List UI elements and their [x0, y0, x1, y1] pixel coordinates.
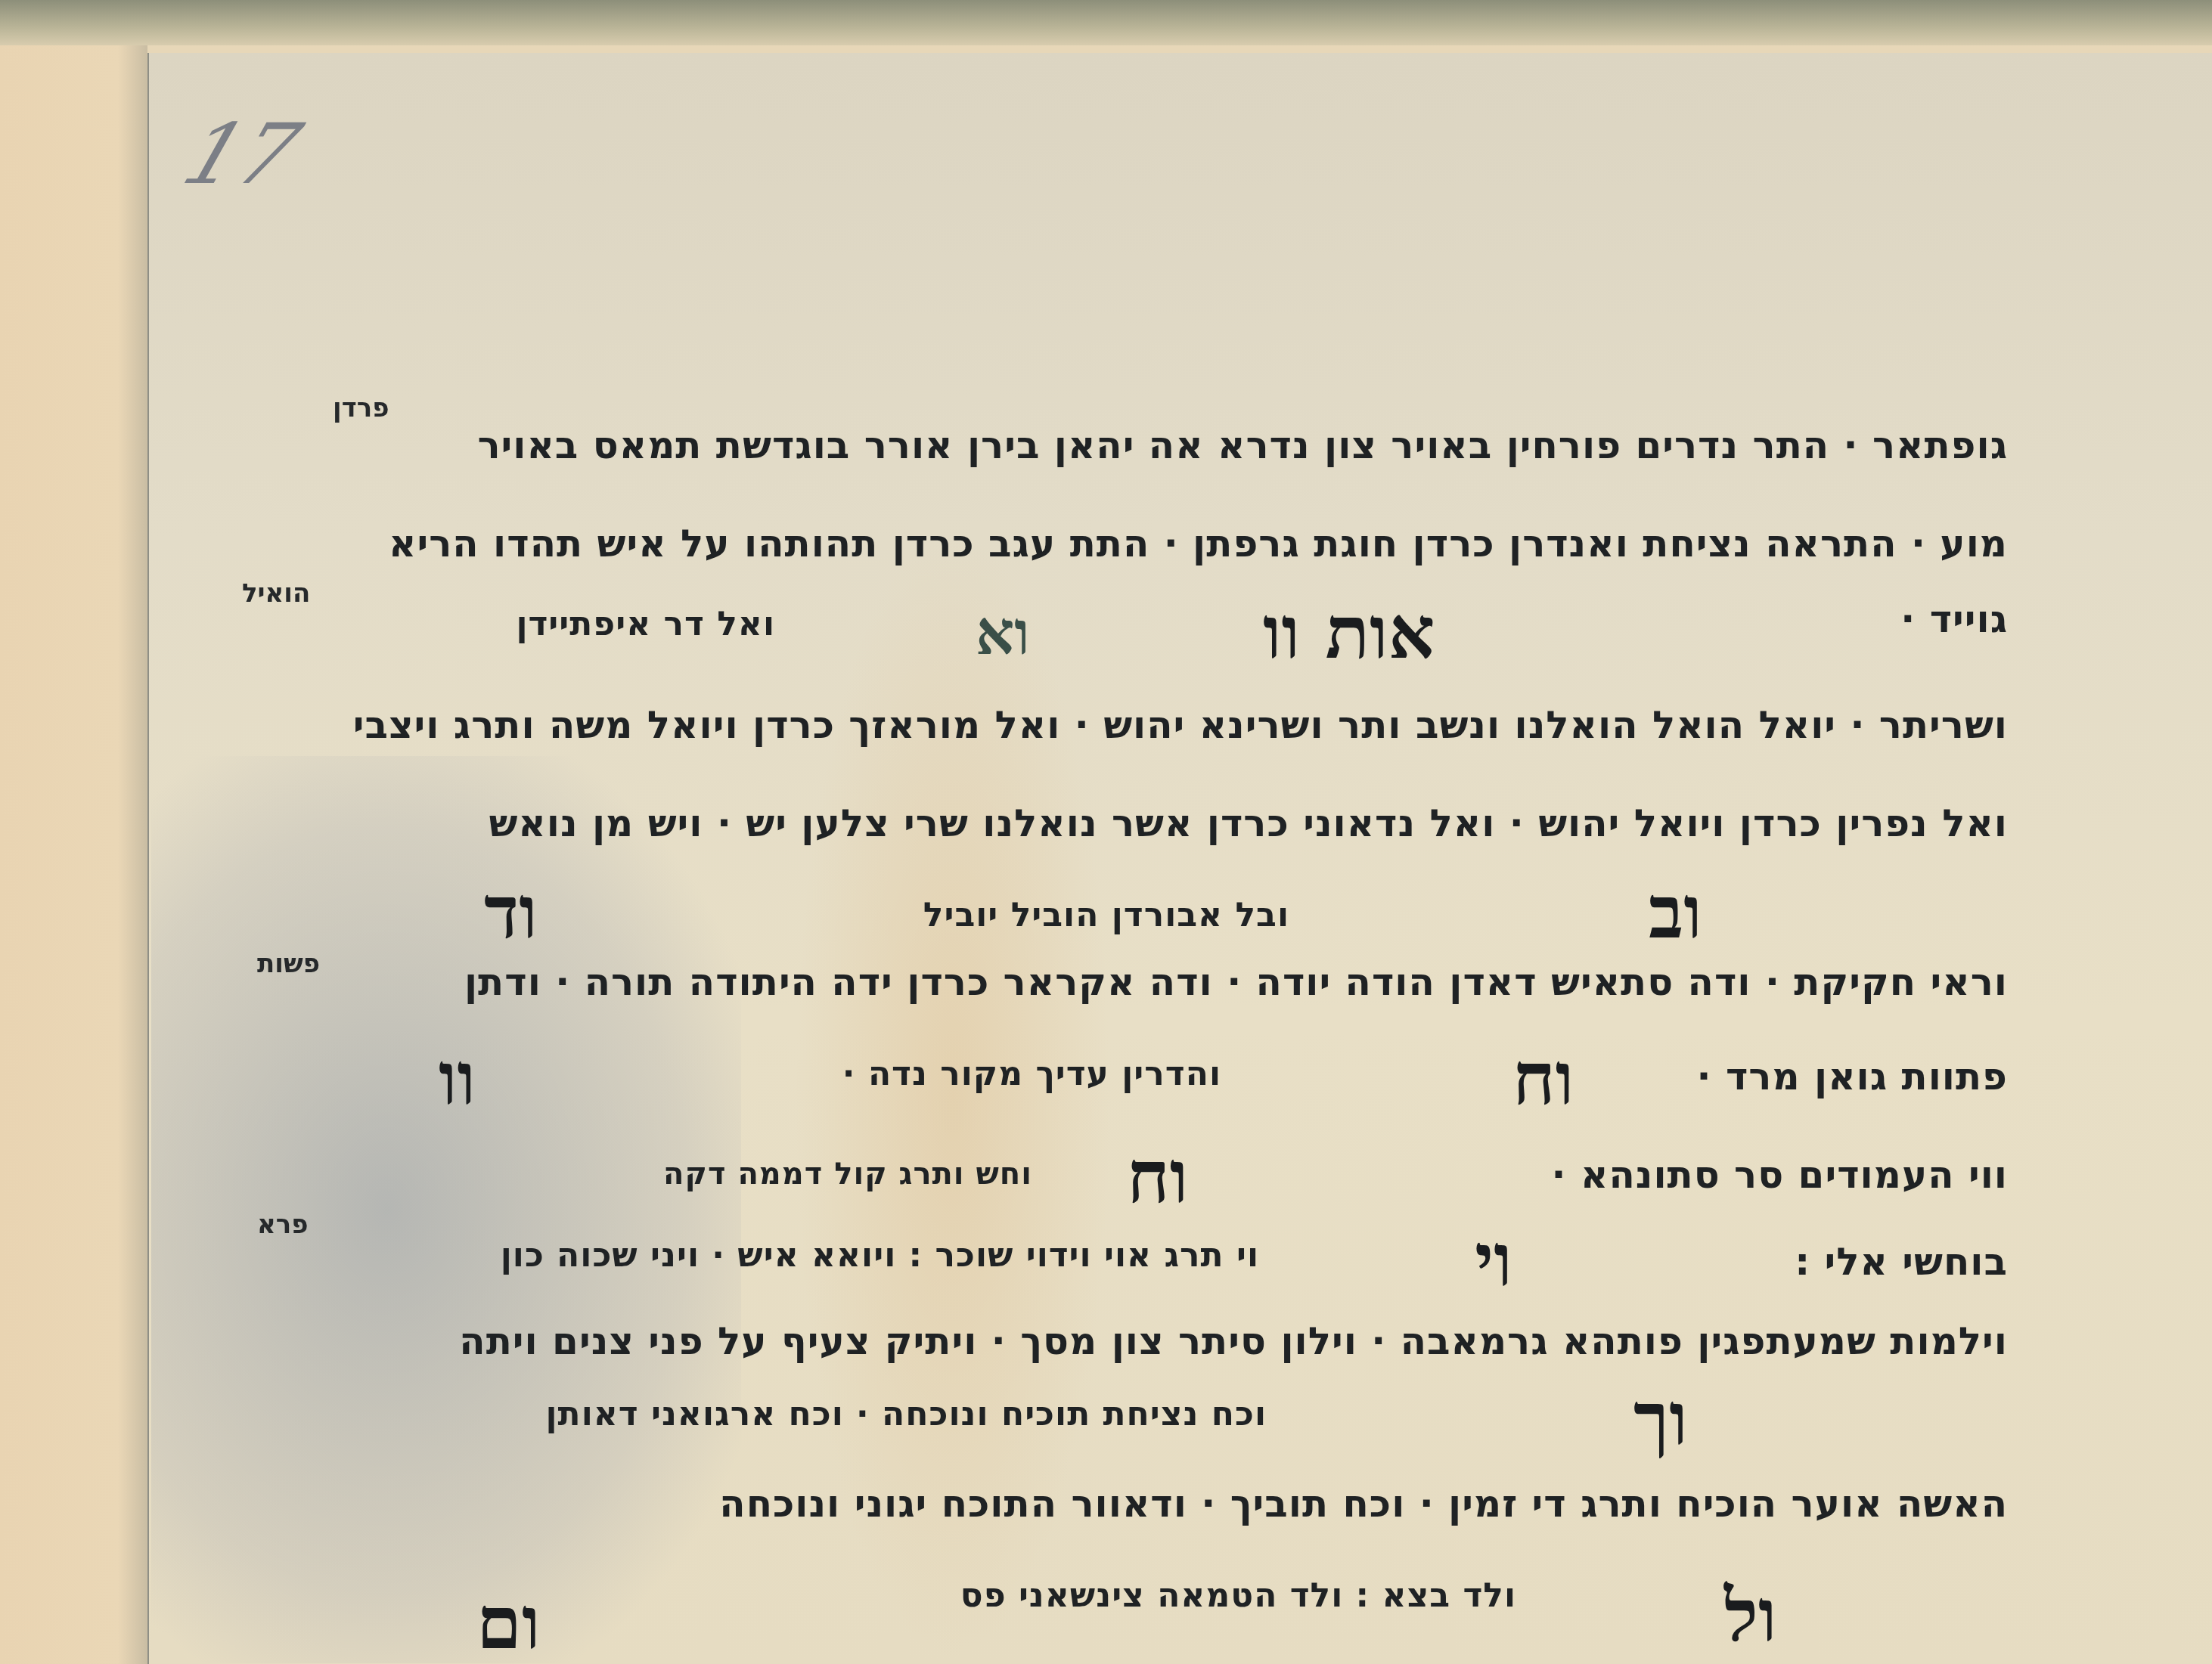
text-line-8b: והדרין עדיך מקור נדה · — [842, 1055, 1221, 1093]
heading-vav-mem: ום — [476, 1580, 540, 1664]
text-line-14: ולד בצא : ולד הטמאה צינשאני פס — [960, 1576, 1516, 1615]
heading-vav-yod: וי — [1475, 1217, 1512, 1303]
book-binding-edge — [0, 0, 2212, 45]
heading-vav-dalet: וד — [484, 869, 538, 955]
text-line-12: וכח נציחת תוכיח ונוכחה · וכח ארגואני דאו… — [545, 1395, 1267, 1433]
margin-note-top: פרדן — [333, 393, 389, 423]
heading-vav-het-2: וח — [1127, 1134, 1188, 1219]
text-line-13: האשה אוער הוכיח ותרג די זמין · וכח תוביך… — [719, 1482, 2008, 1526]
water-stain — [151, 756, 741, 1663]
section-heading: אות וו — [1263, 590, 1435, 675]
text-line-3b: ואל דר איפתיידן — [516, 605, 775, 643]
text-line-11: וילמות שמעתפגין פותהא גרמאבה · וילון סית… — [459, 1319, 2008, 1363]
heading-vav-vav: וו — [439, 1036, 476, 1121]
text-line-2: מוע · התראה נציחת ואנדרן כרדן חוגת גרפתן… — [389, 522, 2008, 566]
text-line-9a: ווי העמודים סר סתונהא · — [1552, 1153, 2008, 1197]
heading-va: וא — [976, 597, 1030, 669]
heading-vav-kaf: וך — [1633, 1376, 1688, 1461]
heading-vav-het: וח — [1512, 1036, 1574, 1121]
text-line-7: וראי חקיקת · ודה סתאיש דאדן הודה יודה · … — [464, 960, 2008, 1004]
text-line-3a: גוייד · — [1900, 597, 2008, 641]
text-line-4: ושריתר · יואל הואל הואלנו ונשב ותר ושרינ… — [353, 703, 2008, 747]
text-line-8a: פתוות גואן מרד · — [1697, 1055, 2008, 1098]
text-line-5: ואל נפרין כרדן ויואל יהוש · ואל נדאוני כ… — [489, 801, 2008, 845]
text-line-10a: בוחשי אלי : — [1795, 1240, 2008, 1284]
margin-note-left-3: הואיל — [242, 578, 310, 609]
heading-vav-lamed: ול — [1724, 1573, 1776, 1658]
text-line-6: ובל אבורדן הוביל יוביל — [923, 896, 1289, 934]
margin-note-left-9: פרא — [257, 1210, 309, 1240]
heading-vav-bet: וב — [1649, 869, 1702, 955]
text-line-1: גופתאר · התר נדרים פורחין באויר צון נדרא… — [477, 423, 2008, 467]
margin-note-left-6: פשות — [257, 949, 320, 979]
text-line-9b: וחש ותרג קול דממה דקה — [663, 1157, 1032, 1191]
left-page-margin — [0, 45, 147, 1664]
text-line-10b: וי תרג אוי וידוי שוכר : ויואא איש · ויני… — [501, 1236, 1259, 1275]
